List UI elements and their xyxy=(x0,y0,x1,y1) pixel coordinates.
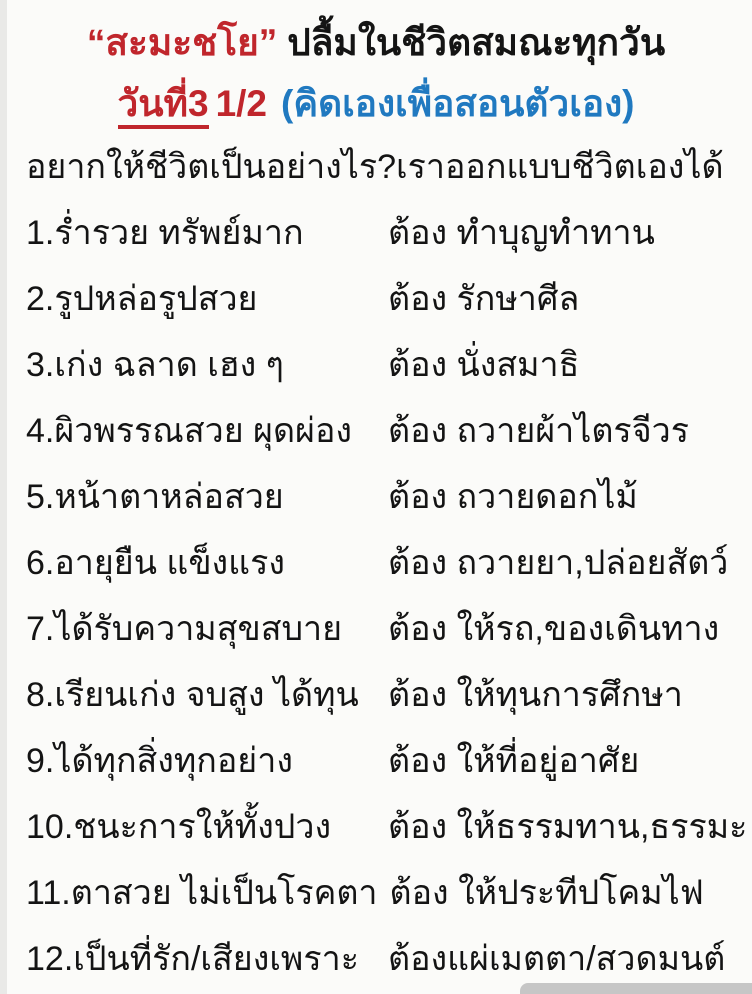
action-text: ต้อง ให้รถ,ของเดินทาง xyxy=(388,596,719,662)
action-text: ต้อง ถวายยา,ปล่อยสัตว์ xyxy=(388,530,728,596)
action-text: ต้อง ให้ธรรมทาน,ธรรมะ xyxy=(388,794,747,860)
bottom-gray-bar xyxy=(520,983,752,994)
wish-text: 9.ได้ทุกสิ่งทุกอย่าง xyxy=(26,728,376,794)
subtitle-note: (คิดเองเพื่อสอนตัวเอง) xyxy=(281,83,634,124)
list-item: 1.ร่ำรวย ทรัพย์มาก ต้อง ทำบุญทำทาน xyxy=(0,200,752,266)
wish-text: 1.ร่ำรวย ทรัพย์มาก xyxy=(26,200,376,266)
title-main-text: ปลื้มในชีวิตสมณะทุกวัน xyxy=(287,22,665,63)
list-item: 8.เรียนเก่ง จบสูง ได้ทุน ต้อง ให้ทุนการศ… xyxy=(0,662,752,728)
title-highlight-name: “สะมะชโย” xyxy=(87,22,277,63)
subtitle-date: วันที่3 xyxy=(118,83,209,129)
document-page: “สะมะชโย”ปลื้มในชีวิตสมณะทุกวัน วันที่31… xyxy=(0,0,752,994)
list-item: 10.ชนะการให้ทั้งปวง ต้อง ให้ธรรมทาน,ธรรม… xyxy=(0,794,752,860)
action-text: ต้อง ให้ประทีปโคมไฟ xyxy=(390,860,704,926)
list-item: 3.เก่ง ฉลาด เฮง ๆ ต้อง นั่งสมาธิ xyxy=(0,332,752,398)
list-item: 2.รูปหล่อรูปสวย ต้อง รักษาศีล xyxy=(0,266,752,332)
wish-list: 1.ร่ำรวย ทรัพย์มาก ต้อง ทำบุญทำทาน 2.รูป… xyxy=(0,200,752,992)
list-item: 11.ตาสวย ไม่เป็นโรคตา ต้อง ให้ประทีปโคมไ… xyxy=(0,860,752,926)
wish-text: 5.หน้าตาหล่อสวย xyxy=(26,464,376,530)
list-item: 6.อายุยืน แข็งแรง ต้อง ถวายยา,ปล่อยสัตว์ xyxy=(0,530,752,596)
document-title: “สะมะชโย”ปลื้มในชีวิตสมณะทุกวัน xyxy=(0,12,752,74)
action-text: ต้อง ให้ทุนการศึกษา xyxy=(388,662,683,728)
wish-text: 12.เป็นที่รัก/เสียงเพราะ xyxy=(26,926,376,992)
list-item: 4.ผิวพรรณสวย ผุดผ่อง ต้อง ถวายผ้าไตรจีวร xyxy=(0,398,752,464)
action-text: ต้อง นั่งสมาธิ xyxy=(388,332,579,398)
action-text: ต้อง ให้ที่อยู่อาศัย xyxy=(388,728,639,794)
wish-text: 8.เรียนเก่ง จบสูง ได้ทุน xyxy=(26,662,376,728)
wish-text: 10.ชนะการให้ทั้งปวง xyxy=(26,794,376,860)
action-text: ต้อง ถวายดอกไม้ xyxy=(388,464,638,530)
wish-text: 4.ผิวพรรณสวย ผุดผ่อง xyxy=(26,398,376,464)
action-text: ต้อง ทำบุญทำทาน xyxy=(388,200,655,266)
subtitle-date-fraction: 1/2 xyxy=(216,83,267,124)
scan-edge-shade xyxy=(0,0,7,994)
action-text: ต้อง ถวายผ้าไตรจีวร xyxy=(388,398,689,464)
wish-text: 6.อายุยืน แข็งแรง xyxy=(26,530,376,596)
wish-text: 7.ได้รับความสุขสบาย xyxy=(26,596,376,662)
wish-text: 3.เก่ง ฉลาด เฮง ๆ xyxy=(26,332,376,398)
document-subtitle: วันที่31/2(คิดเองเพื่อสอนตัวเอง) xyxy=(0,74,752,134)
wish-text: 2.รูปหล่อรูปสวย xyxy=(26,266,376,332)
list-item: 5.หน้าตาหล่อสวย ต้อง ถวายดอกไม้ xyxy=(0,464,752,530)
list-item: 9.ได้ทุกสิ่งทุกอย่าง ต้อง ให้ที่อยู่อาศั… xyxy=(0,728,752,794)
wish-text: 11.ตาสวย ไม่เป็นโรคตา xyxy=(26,860,378,926)
intro-question: อยากให้ชีวิตเป็นอย่างไร?เราออกแบบชีวิตเอ… xyxy=(0,134,752,200)
action-text: ต้อง รักษาศีล xyxy=(388,266,579,332)
list-item: 7.ได้รับความสุขสบาย ต้อง ให้รถ,ของเดินทา… xyxy=(0,596,752,662)
